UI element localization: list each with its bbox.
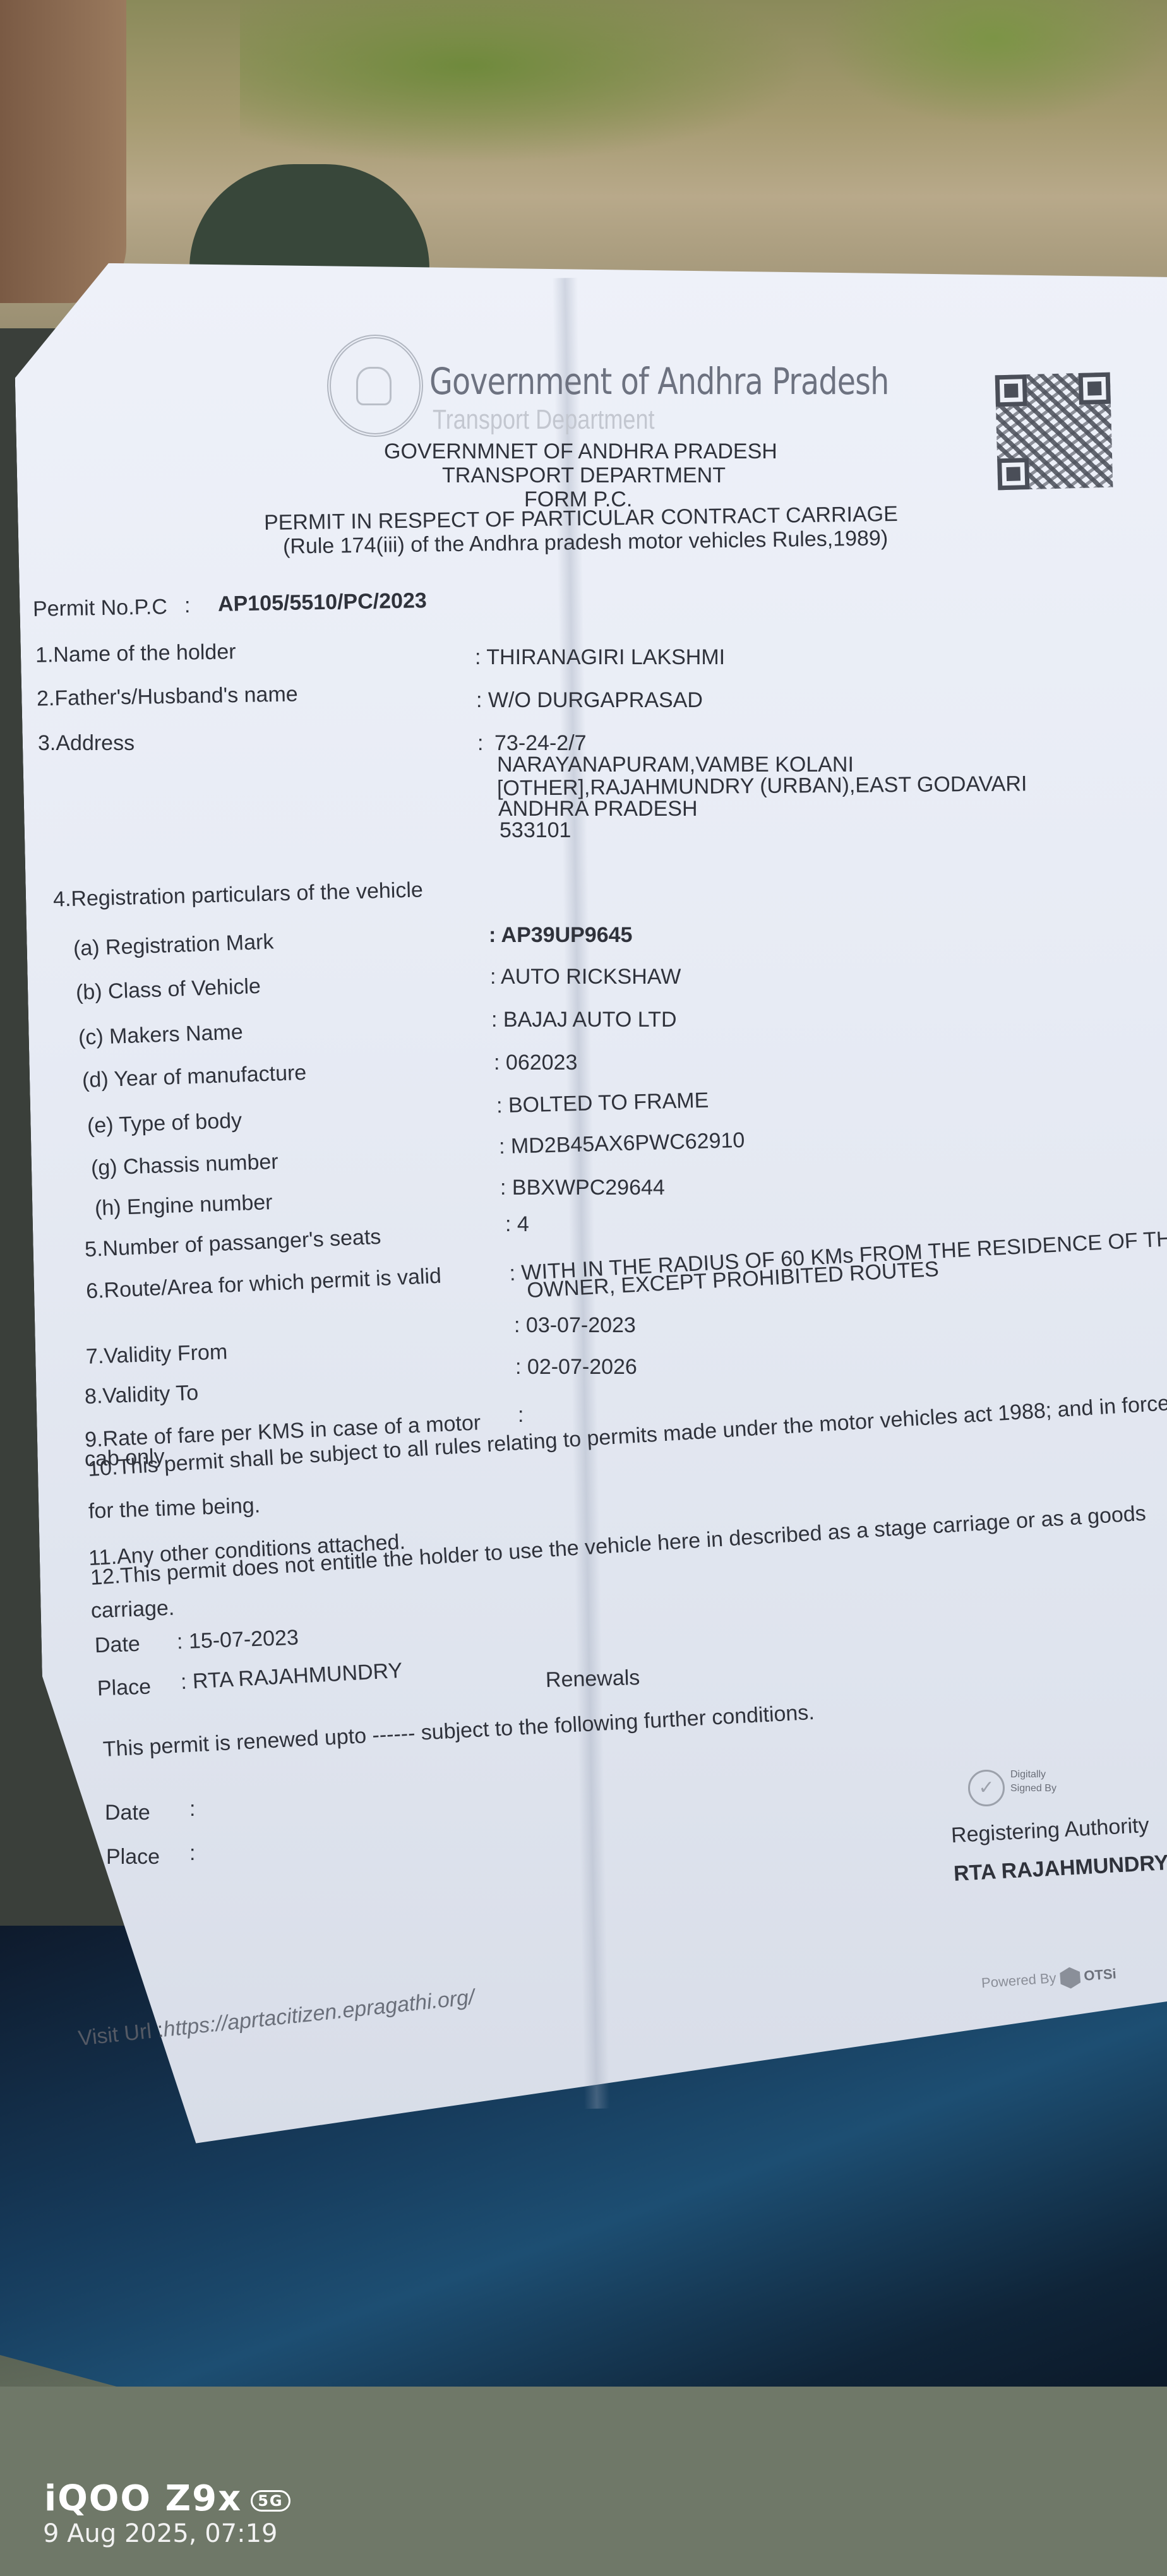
digitally-signed-line-1: Digitally [1010,1769,1046,1780]
holder-label: 1.Name of the holder [35,640,236,668]
renewal-date-label: Date [105,1801,150,1825]
digitally-signed-line-2: Signed By [1010,1783,1056,1794]
maker-value: : BAJAJ AUTO LTD [491,1008,677,1032]
header-line-2: TRANSPORT DEPARTMENT [442,463,726,488]
year: 062023 [506,1051,577,1075]
renewals-heading: Renewals [546,1666,640,1693]
grass-patch [240,0,808,164]
permit-number-label: Permit No.P.C [33,595,168,622]
relation-value: : W/O DURGAPRASAD [476,688,703,713]
engine: BBXWPC29644 [512,1176,665,1200]
address-line-5: 533101 [500,818,571,843]
powered-by-label: Powered By [981,1970,1056,1991]
relation-name: W/O DURGAPRASAD [488,688,703,712]
camera-model: iQOO Z9x [44,2478,242,2519]
colon: : [184,593,190,618]
maker: BAJAJ AUTO LTD [503,1008,677,1032]
colon: : [189,1797,195,1822]
holder-name: THIRANAGIRI LAKSHMI [486,645,725,669]
holder-value: : THIRANAGIRI LAKSHMI [475,645,725,670]
validity-to-label: 8.Validity To [84,1381,198,1409]
validity-from-value: : 03-07-2023 [514,1313,636,1338]
validity-to-value: : 02-07-2026 [515,1355,637,1380]
colon: : [189,1841,195,1866]
vehicle-class-value: : AUTO RICKSHAW [490,965,681,989]
condition-12-line-2: carriage. [90,1596,175,1624]
validity-from-label: 7.Validity From [85,1340,227,1369]
body-type: BOLTED TO FRAME [508,1088,709,1118]
grass-patch [821,0,1167,126]
logo-title: Government of Andhra Pradesh [429,360,889,403]
validity-to: 02-07-2026 [527,1355,637,1379]
permit-number-value: AP105/5510/PC/2023 [218,588,427,617]
logo-subtitle: Transport Department [433,404,655,436]
capture-datetime: 9 Aug 2025, 07:19 [43,2519,277,2548]
qr-code-icon [995,373,1113,491]
foot [0,0,126,303]
seats-value: : 4 [505,1212,529,1237]
digitally-signed-check-icon: ✓ [968,1770,1005,1806]
issue-date-value: : 15-07-2023 [176,1626,299,1655]
relation-label: 2.Father's/Husband's name [37,682,298,711]
year-value: : 062023 [494,1051,577,1075]
colon: : [518,1403,524,1428]
otsi-logo-icon [1059,1967,1080,1989]
renewal-place-label: Place [106,1845,160,1869]
vendor-name: OTSi [1083,1965,1116,1984]
issue-date: 15-07-2023 [188,1626,299,1654]
address-label: 3.Address [38,731,135,756]
5g-badge: 5G [251,2490,290,2512]
colon: : [477,731,483,756]
seats: 4 [517,1212,529,1236]
issue-date-label: Date [94,1632,140,1658]
validity-from: 03-07-2023 [526,1313,636,1337]
ap-emblem-icon [327,335,423,437]
issue-place-label: Place [97,1675,151,1702]
reg-mark: AP39UP9645 [501,923,633,947]
reg-mark-value: : AP39UP9645 [489,923,632,948]
camera-brand-watermark: iQOO Z9x5G [44,2478,290,2519]
engine-value: : BBXWPC29644 [500,1176,665,1200]
vehicle-class: AUTO RICKSHAW [501,965,681,989]
header-line-1: GOVERNMNET OF ANDHRA PRADESH [384,439,777,464]
